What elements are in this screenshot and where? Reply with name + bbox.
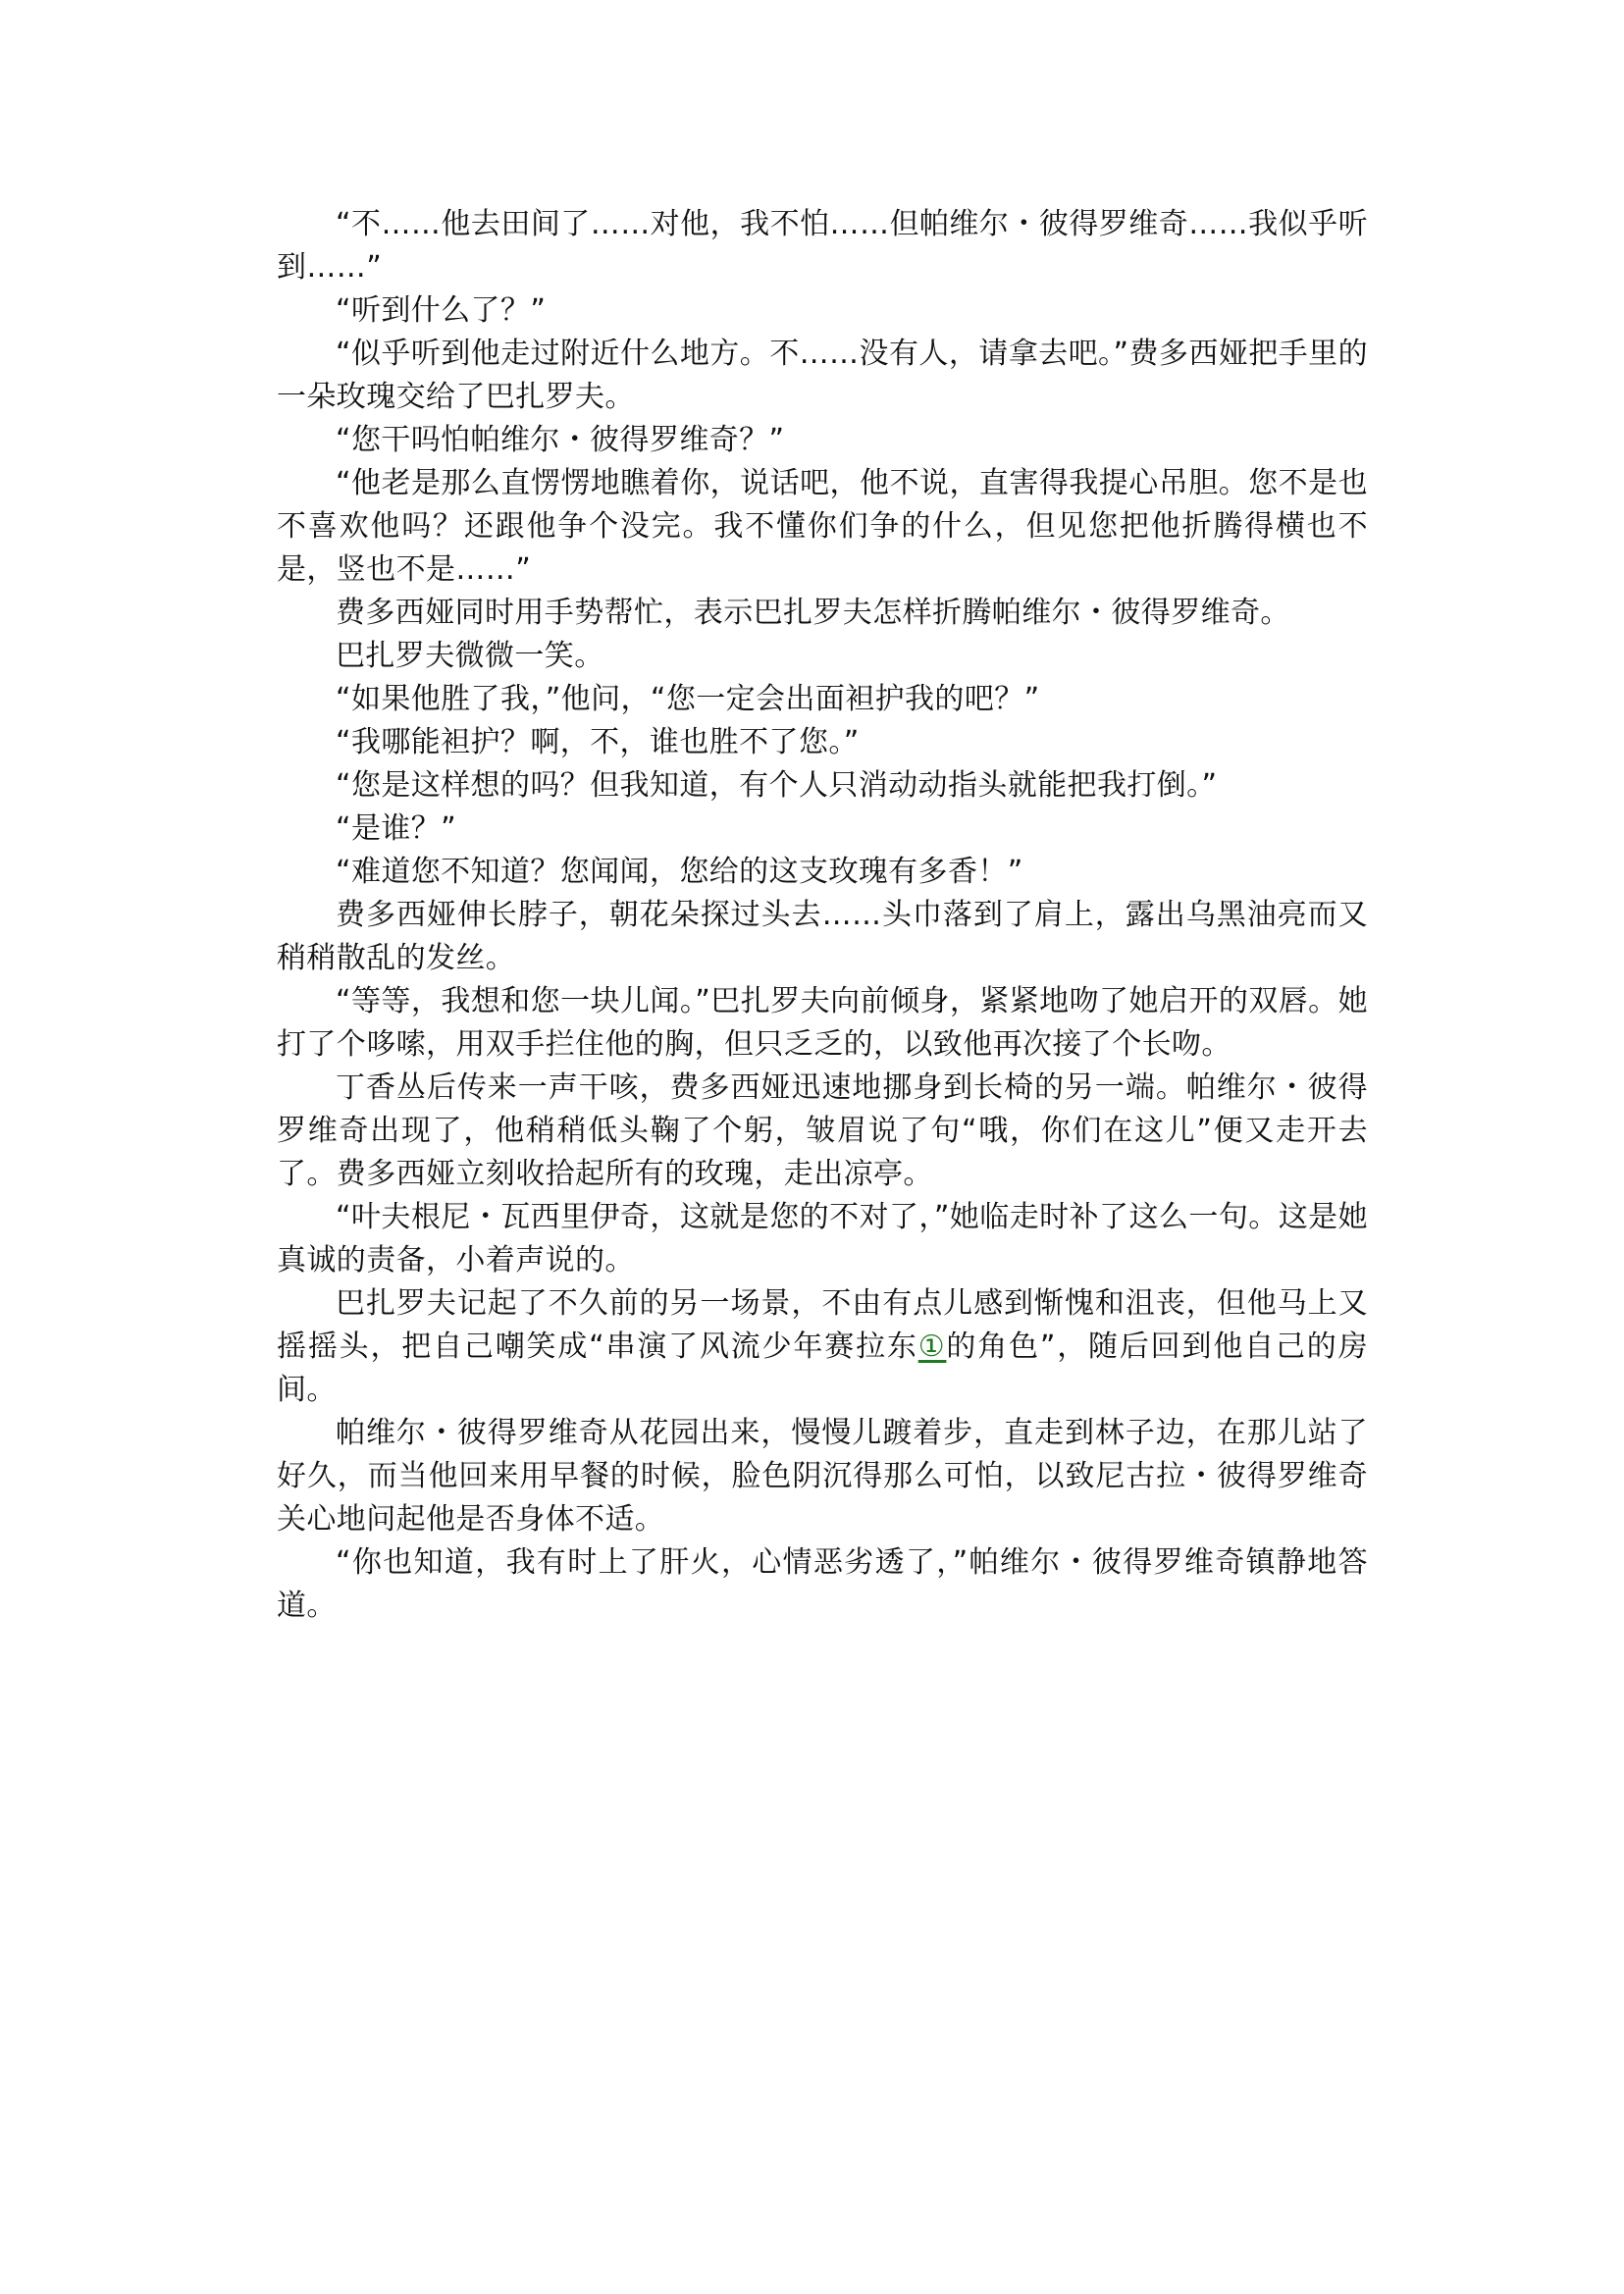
paragraph: “是谁？” [277,808,1368,851]
text-line: 丁香丛后传来一声干咳，费多西娅迅速地挪身到长椅的另一端。帕维 [336,1070,1247,1105]
footnote-link[interactable]: ① [918,1329,947,1364]
paragraph: “叶夫根尼・瓦西里伊奇，这就是您的不对了，”她临走时补了这么一句。这是她真诚的责… [277,1196,1368,1282]
paragraph: “等等，我想和您一块儿闻。”巴扎罗夫向前倾身，紧紧地吻了她启开的双唇。她打了个哆… [277,980,1368,1067]
paragraph: 费多西娅伸长脖子，朝花朵探过头去……头巾落到了肩上，露出乌黑油亮而又稍稍散乱的发… [277,894,1368,980]
text-line: “等等，我想和您一块儿闻。”巴扎罗夫向前倾身，紧紧地吻了她启开 [336,984,1219,1018]
paragraph: “如果他胜了我，”他问，“您一定会出面袒护我的吧？” [277,678,1368,721]
text-line: 帕维尔・彼得罗维奇从花园出来，慢慢儿踱着步，直走到林子边，在那 [336,1416,1278,1450]
text-line: “如果他胜了我，”他问，“您一定会出面袒护我的吧？” [336,682,1040,716]
paragraph: “不……他去田间了……对他，我不怕……但帕维尔・彼得罗维奇……我似乎听到……” [277,203,1368,289]
text-line: “叶夫根尼・瓦西里伊奇，这就是您的不对了，”她临走时补了这么一 [336,1200,1219,1234]
document-page: “不……他去田间了……对他，我不怕……但帕维尔・彼得罗维奇……我似乎听到……” … [277,203,1368,1628]
paragraph: 丁香丛后传来一声干咳，费多西娅迅速地挪身到长椅的另一端。帕维尔・彼得罗维奇出现了… [277,1067,1368,1196]
paragraph: 巴扎罗夫微微一笑。 [277,635,1368,678]
text-line: “不……他去田间了……对他，我不怕……但帕维尔・彼得罗维奇…… [336,207,1248,241]
paragraph: 费多西娅同时用手势帮忙，表示巴扎罗夫怎样折腾帕维尔・彼得罗维奇。 [277,592,1368,635]
text-line: “您干吗怕帕维尔・彼得罗维奇？” [336,423,784,457]
text-line: 费多西娅伸长脖子，朝花朵探过头去……头巾落到了肩上，露出乌黑油 [336,898,1278,932]
paragraph: “您是这样想的吗？但我知道，有个人只消动动指头就能把我打倒。” [277,764,1368,808]
text-line: “似乎听到他走过附近什么地方。不……没有人，请拿去吧。”费多西 [336,337,1219,371]
text-line: 个长吻。 [1112,1027,1231,1062]
paragraph: “您干吗怕帕维尔・彼得罗维奇？” [277,419,1368,462]
paragraph: “我哪能袒护？啊，不，谁也胜不了您。” [277,721,1368,764]
paragraph: “听到什么了？” [277,289,1368,333]
text-line: 巴扎罗夫微微一笑。 [336,639,604,673]
text-line: “您是这样想的吗？但我知道，有个人只消动动指头就能把我打倒。” [336,768,1217,803]
text-line: “难道您不知道？您闻闻，您给的这支玫瑰有多香！” [336,855,1023,889]
text-line: “是谁？” [336,811,456,846]
text-line: 费多西娅同时用手势帮忙，表示巴扎罗夫怎样折腾帕维尔・彼得罗维奇。 [336,596,1290,630]
paragraph: “你也知道，我有时上了肝火，心情恶劣透了，”帕维尔・彼得罗维奇镇静地答道。 [277,1541,1368,1628]
text-line: 巴扎罗夫记起了不久前的另一场景，不由有点儿感到惭愧和沮丧，但他 [336,1286,1278,1321]
text-line: “你也知道，我有时上了肝火，心情恶劣透了，”帕维尔・彼得罗维奇 [336,1545,1246,1580]
paragraph-with-footnote: 巴扎罗夫记起了不久前的另一场景，不由有点儿感到惭愧和沮丧，但他马上又摇摇头，把自… [277,1282,1368,1412]
text-line: “他老是那么直愣愣地瞧着你，说话吧，他不说，直害得我提心吊胆。 [336,466,1248,500]
paragraph: “似乎听到他走过附近什么地方。不……没有人，请拿去吧。”费多西娅把手里的一朵玫瑰… [277,333,1368,419]
paragraph: 帕维尔・彼得罗维奇从花园出来，慢慢儿踱着步，直走到林子边，在那儿站了好久，而当他… [277,1412,1368,1541]
text-line: 的角色”，随后回 [946,1329,1181,1364]
text-line: “我哪能袒护？啊，不，谁也胜不了您。” [336,725,860,759]
paragraph: “难道您不知道？您闻闻，您给的这支玫瑰有多香！” [277,851,1368,894]
paragraph: “他老是那么直愣愣地瞧着你，说话吧，他不说，直害得我提心吊胆。您不是也不喜欢他吗… [277,462,1368,592]
text-line: “听到什么了？” [336,293,546,328]
